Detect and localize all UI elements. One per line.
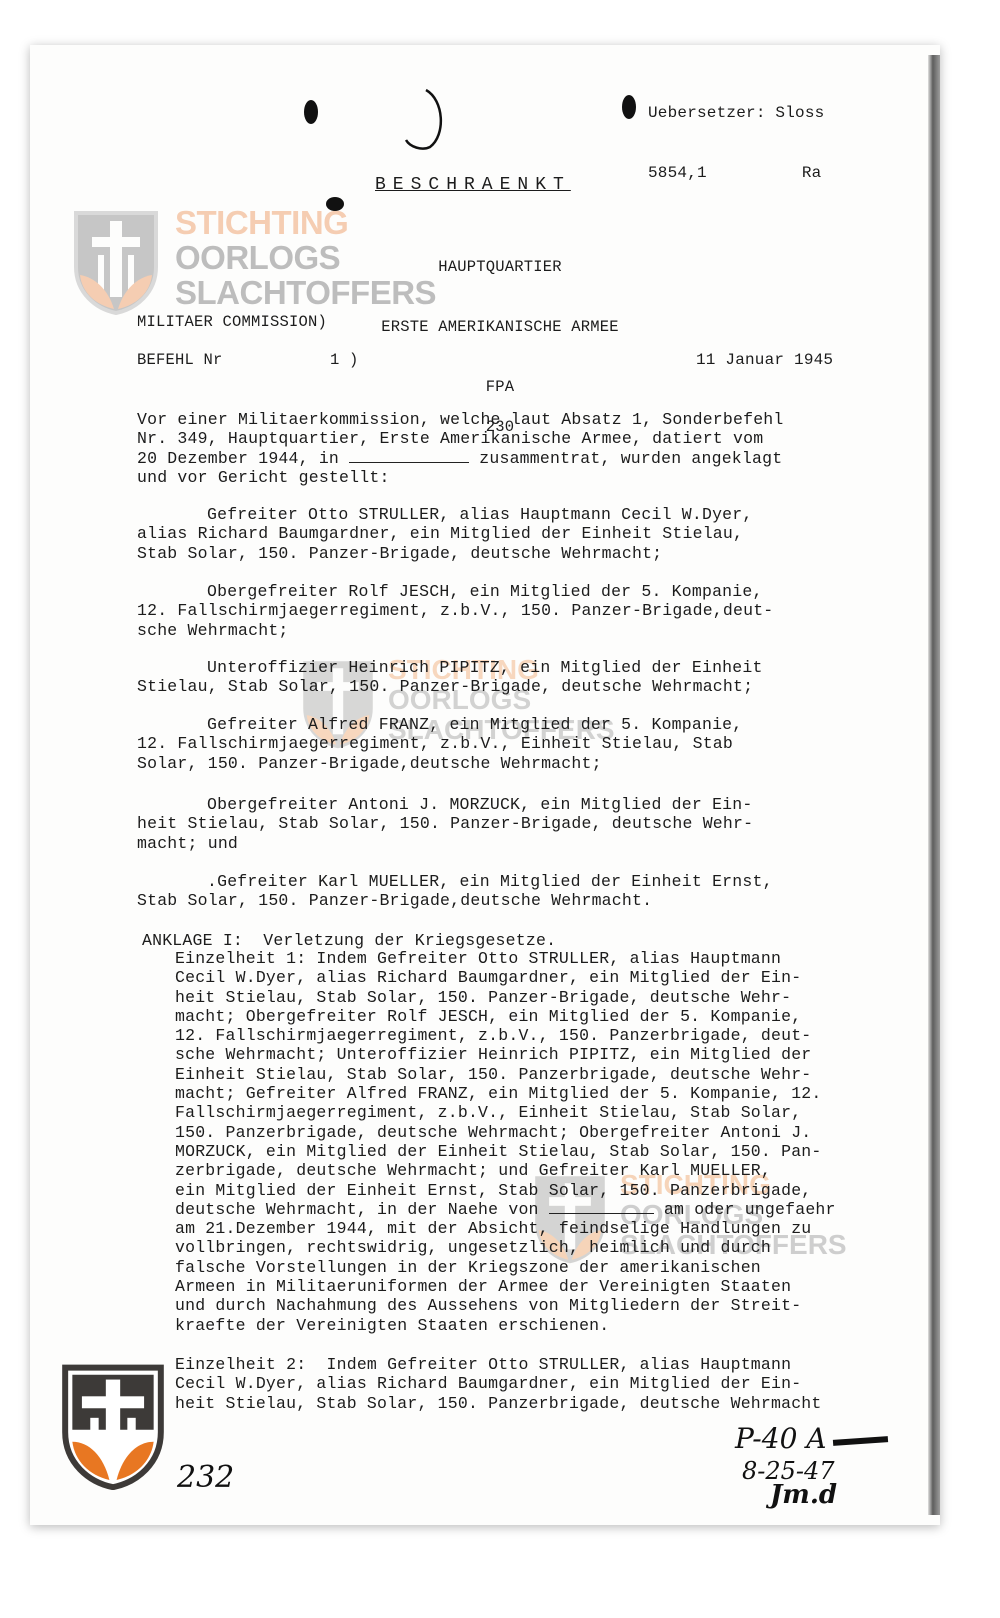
- handwritten-page-number: 232: [177, 1460, 234, 1495]
- document-date: 11 Januar 1945: [696, 351, 833, 369]
- accused-paragraph: Gefreiter Otto STRULLER, alias Hauptmann…: [137, 505, 897, 563]
- foundation-logo-icon: [70, 207, 162, 315]
- blank-location-field: [549, 1201, 654, 1214]
- order-number: 1 ): [330, 351, 359, 369]
- hole-punch-mark: [396, 85, 456, 155]
- charge-heading: ANKLAGE I: Verletzung der Kriegsgesetze.: [142, 931, 556, 950]
- ink-blot: [326, 197, 344, 211]
- specification-2: Einzelheit 2: Indem Gefreiter Otto STRUL…: [175, 1355, 935, 1413]
- foundation-logo-icon: [58, 1360, 168, 1490]
- specification-1: Einzelheit 1: Indem Gefreiter Otto STRUL…: [175, 949, 935, 1335]
- document-page: STICHTING OORLOGS SLACHTOFFERS STICHTING…: [30, 45, 940, 1525]
- accused-paragraph: .Gefreiter Karl MUELLER, ein Mitglied de…: [137, 872, 897, 911]
- intro-paragraph: Vor einer Militaerkommission, welche lau…: [137, 410, 897, 487]
- order-label: BEFEHL Nr: [137, 351, 223, 369]
- strikethrough-mark: [832, 1436, 887, 1446]
- handwritten-signature: Jm.d: [770, 1480, 837, 1510]
- accused-paragraph: Gefreiter Alfred FRANZ, ein Mitglied der…: [137, 715, 897, 773]
- accused-paragraph: Obergefreiter Antoni J. MORZUCK, ein Mit…: [137, 795, 897, 853]
- ink-blot: [622, 95, 636, 119]
- translator-note: Uebersetzer: Sloss 5854,1Ra: [648, 63, 824, 223]
- classification-heading: BESCHRAENKT: [375, 175, 571, 195]
- blank-location-field: [349, 450, 469, 463]
- accused-paragraph: Obergefreiter Rolf JESCH, ein Mitglied d…: [137, 582, 897, 640]
- handwritten-file-id: P-40 A: [735, 1425, 888, 1453]
- commission-label: MILITAER COMMISSION): [137, 313, 327, 331]
- ink-blot: [304, 100, 318, 124]
- accused-paragraph: Unteroffizier Heinrich PIPITZ, ein Mitgl…: [137, 658, 897, 697]
